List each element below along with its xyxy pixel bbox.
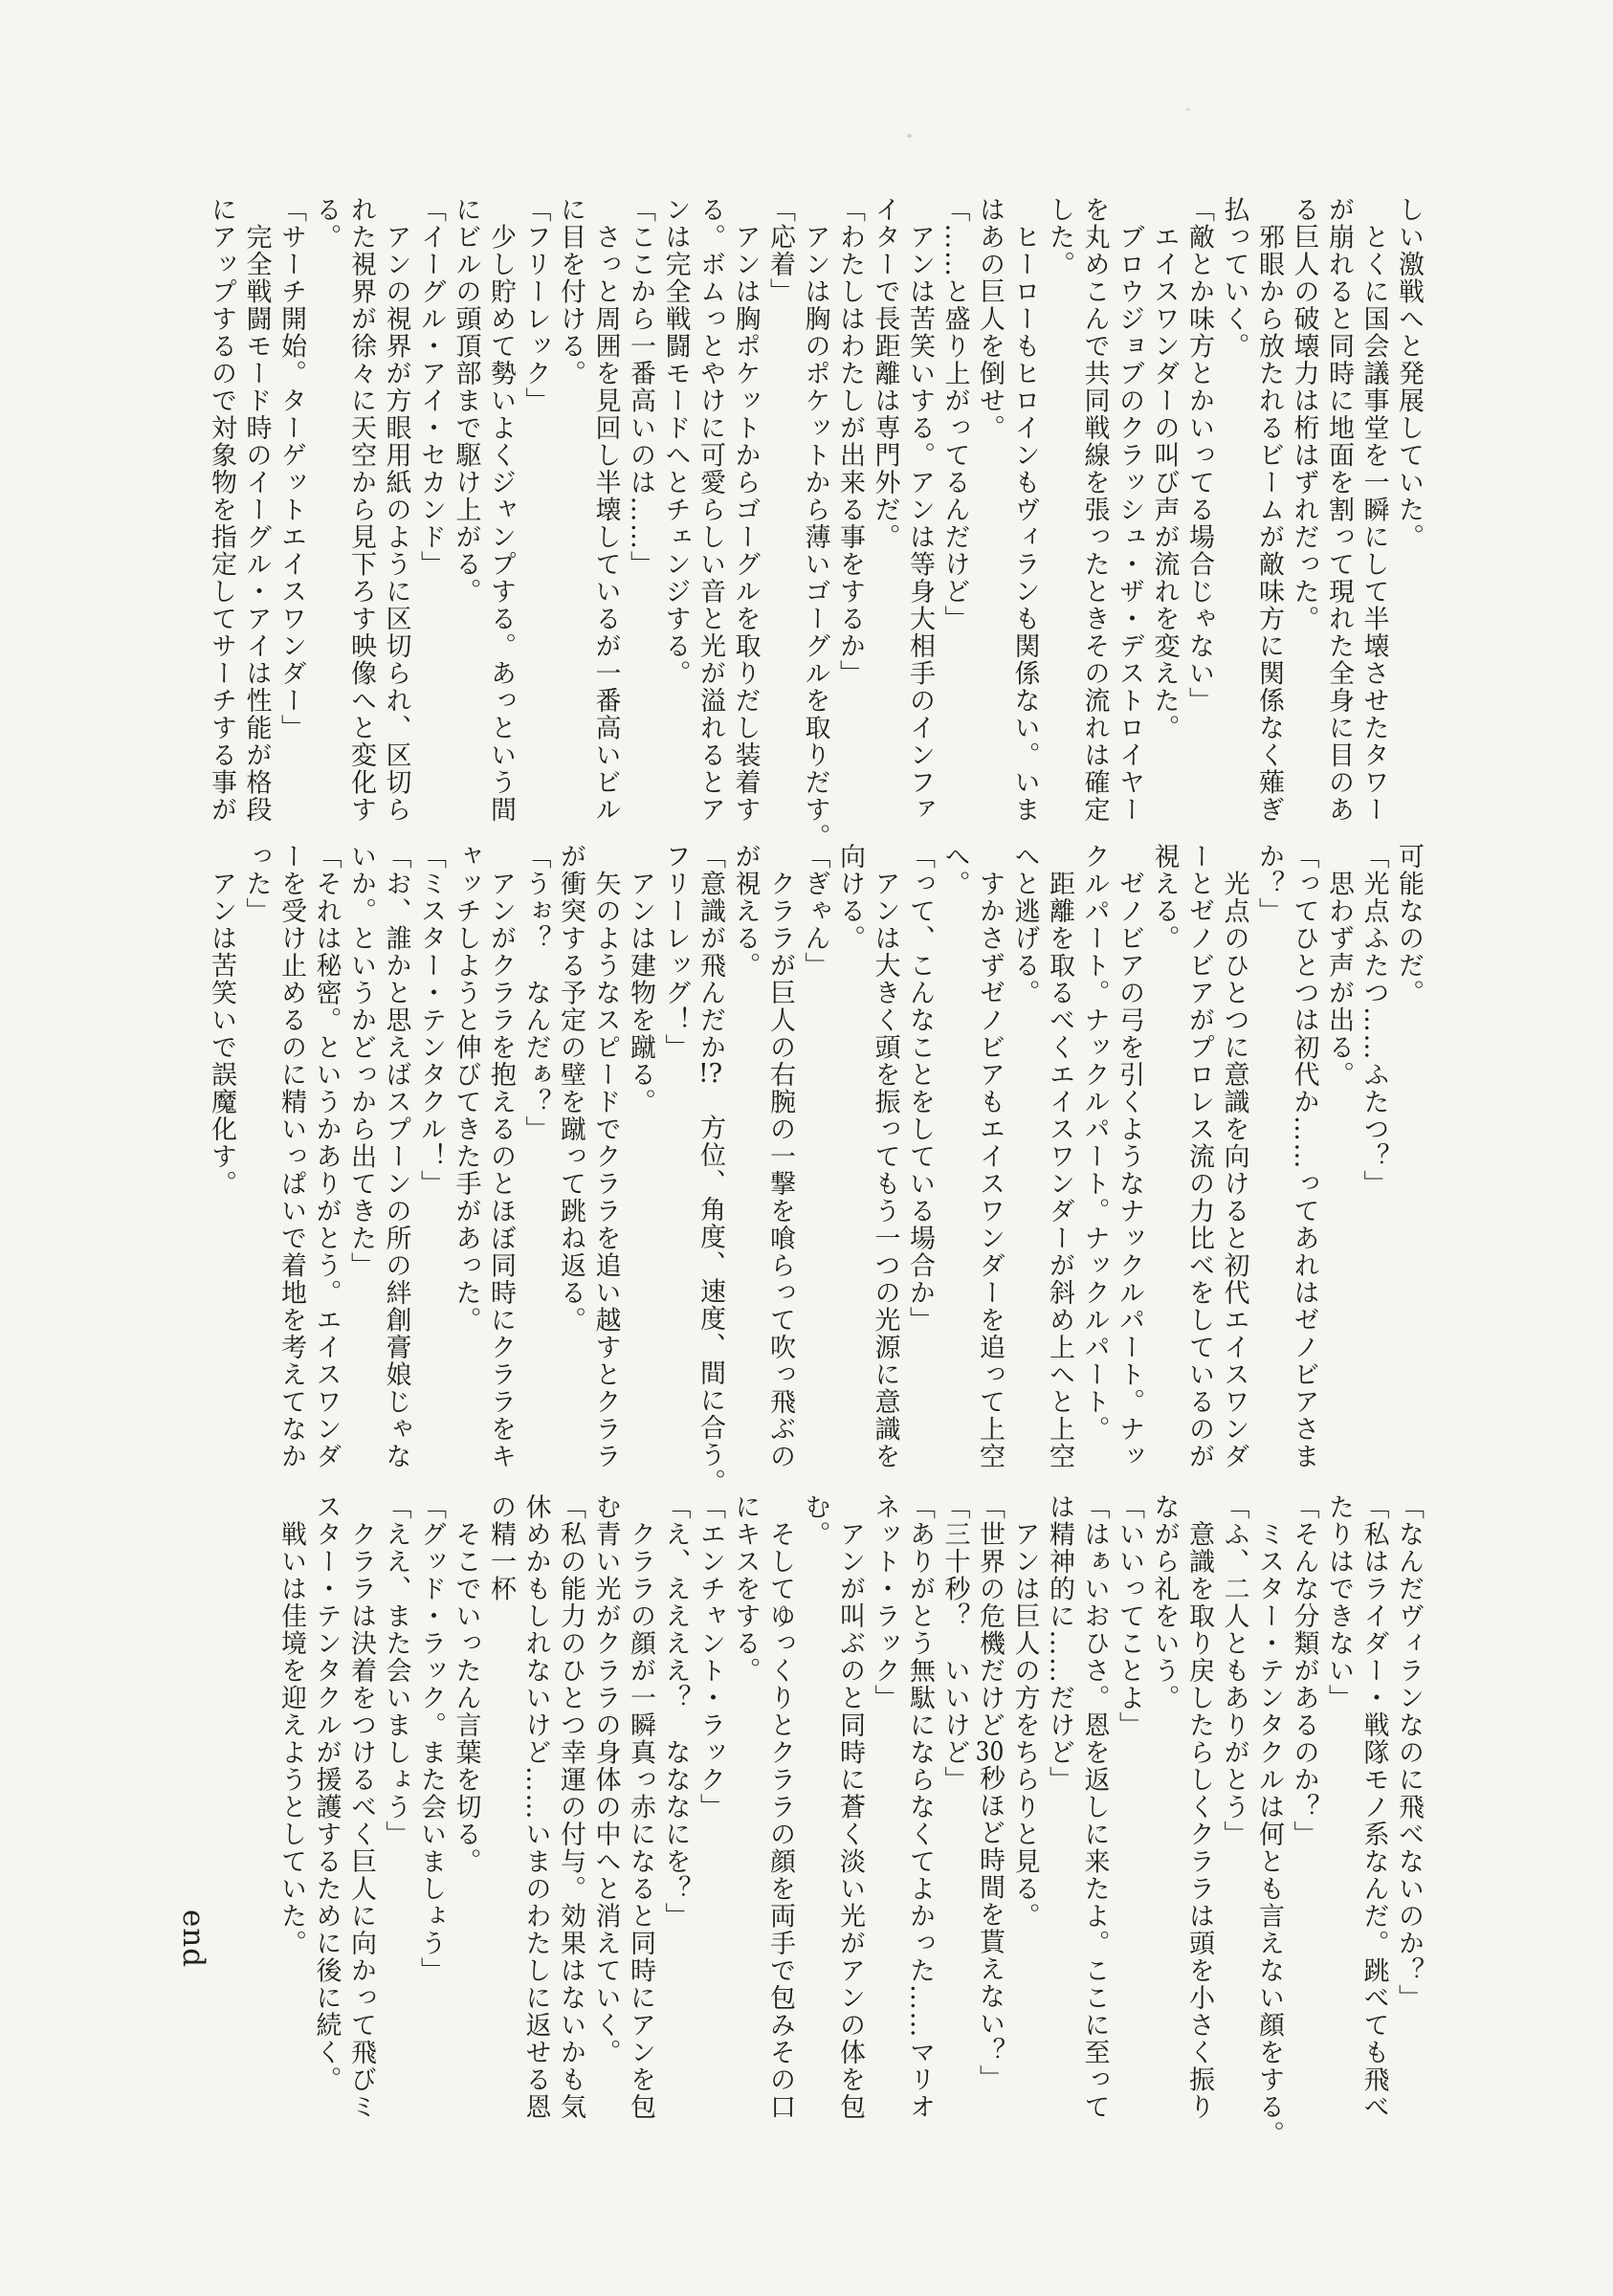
scanned-novel-page: しい激戦へと発展していた。 とくに国会議事堂を一瞬にして半壊させたタワーが崩れる…: [0, 0, 1613, 2296]
text-column: 「それは秘密。というかありがとう。エイスワンダ: [308, 843, 343, 1455]
text-column: を丸めこんで共同戦線を張ったときその流れは確定: [1076, 196, 1112, 808]
text-column: 「ってひとつは初代か……ってあれはゼノビアさま: [1286, 843, 1321, 1455]
text-column: ンは完全戦闘モードへとチェンジする。: [657, 196, 693, 808]
text-column: 「世界の危機だけど30秒ほど時間を貰えない？」: [972, 1493, 1007, 2106]
text-column: 「グッド・ラック。また会いましょう」: [413, 1493, 449, 2106]
text-band-middle: 可能なのだ。「光点ふたつ……ふたつ？」 思わず声が出る。「ってひとつは初代か………: [204, 843, 1426, 1455]
text-column: クララの顔が一瞬真っ赤になると同時にアンを包: [623, 1493, 658, 2106]
text-column: 「ふ、二人ともありがとう」: [1216, 1493, 1251, 2106]
text-column: 休めかもしれないけど……いまのわたしに返せる恩: [518, 1493, 553, 2106]
text-column: とくに国会議事堂を一瞬にして半壊させたタワー: [1356, 196, 1391, 808]
text-column: に目を付ける。: [553, 196, 588, 808]
text-column: さっと周囲を見回し半壊しているが一番高いビル: [587, 196, 623, 808]
text-column: アンの視界が方眼用紙のように区切られ、区切ら: [378, 196, 413, 808]
text-column: 「そんな分類があるのか？」: [1286, 1493, 1321, 2106]
text-column: アンがクララを抱えるのとほぼ同時にクララをキ: [483, 843, 519, 1455]
text-column: そしてゆっくりとクララの顔を両手で包みその口: [762, 1493, 798, 2106]
text-column: の精一杯: [483, 1493, 519, 2106]
text-column: ーとゼノビアがプロレス流の力比べをしているのが: [1182, 843, 1217, 1455]
text-column: ャッチしようと伸びてきた手があった。: [448, 843, 483, 1455]
text-column: が衝突する予定の壁を蹴って跳ね返る。: [553, 843, 588, 1455]
text-column: クルパート。ナックルパート。ナックルパート。: [1076, 843, 1112, 1455]
text-column: 「え、ええええ？ なななにを？」: [657, 1493, 693, 2106]
text-column: 「私の能力のひとつ幸運の付与。効果はないかも気: [553, 1493, 588, 2106]
text-column: 「私はライダー・戦隊モノ系なんだ。跳べても飛べ: [1356, 1493, 1391, 2106]
text-column: 「ありがとう無駄にならなくてよかった……マリオ: [902, 1493, 938, 2106]
text-column: 「光点ふたつ……ふたつ？」: [1356, 843, 1391, 1455]
text-column: 「イーグル・アイ・セカンド」: [413, 196, 449, 808]
text-column: 矢のようなスピードでクララを追い越すとクララ: [587, 843, 623, 1455]
text-column: エイスワンダーの叫び声が流れを変えた。: [1146, 196, 1182, 808]
text-column: む。: [797, 1493, 832, 2106]
end-marker: end: [176, 1910, 210, 1996]
text-column: 思わず声が出る。: [1321, 843, 1357, 1455]
text-column: ゼノビアの弓を引くようなナックルパート。ナッ: [1112, 843, 1147, 1455]
text-column: れた視界が徐々に天空から見下ろす映像へと変化す: [343, 196, 379, 808]
text-column: 「はぁいおひさ。恩を返しに来たよ。ここに至って: [1076, 1493, 1112, 2106]
text-column: にビルの頭頂部まで駆け上がる。: [448, 196, 483, 808]
text-column: した。: [1042, 196, 1077, 808]
text-column: アンは大きく頭を振ってもう一つの光源に意識を: [867, 843, 902, 1455]
text-column: 「応着」: [762, 196, 798, 808]
text-column: 「三十秒？ いいけど」: [937, 1493, 972, 2106]
text-column: 少し貯めて勢いよくジャンプする。あっという間: [483, 196, 519, 808]
text-column: クララが巨人の右腕の一撃を喰らって吹っ飛ぶの: [762, 843, 798, 1455]
text-column: が崩れると同時に地面を割って現れた全身に目のあ: [1321, 196, 1357, 808]
text-column: 戦いは佳境を迎えようとしていた。: [274, 1493, 309, 2106]
text-column: む青い光がクララの身体の中へと消えていく。: [587, 1493, 623, 2106]
text-column: しい激戦へと発展していた。: [1391, 196, 1426, 808]
text-column: にアップするので対象物を指定してサーチする事が: [204, 196, 239, 808]
text-column: 「敵とか味方とかいってる場合じゃない」: [1182, 196, 1217, 808]
text-column: 光点のひとつに意識を向けると初代エイスワンダ: [1216, 843, 1251, 1455]
text-column: フリーレッグ！」: [657, 843, 693, 1455]
text-column: はあの巨人を倒せ。: [972, 196, 1007, 808]
text-column: 「わたしはわたしが出来る事をするか」: [832, 196, 868, 808]
text-column: か？」: [1251, 843, 1287, 1455]
text-column: へと逃げる。: [1006, 843, 1042, 1455]
text-column: にキスをする。: [727, 1493, 762, 2106]
text-column: すかさずゼノビアもエイスワンダーを追って上空: [972, 843, 1007, 1455]
text-column: 「お、誰かと思えばスプーンの所の絆創膏娘じゃな: [378, 843, 413, 1455]
text-column: 可能なのだ。: [1391, 843, 1426, 1455]
text-column: アンが叫ぶのと同時に蒼く淡い光がアンの体を包: [832, 1493, 868, 2106]
text-column: アンは苦笑いする。アンは等身大相手のインファ: [902, 196, 938, 808]
text-column: ミスター・テンタクルは何とも言えない顔をする。: [1251, 1493, 1287, 2106]
text-column: る巨人の破壊力は桁はずれだった。: [1286, 196, 1321, 808]
text-column: 距離を取るべくエイスワンダーが斜め上へと上空: [1042, 843, 1077, 1455]
text-column: は精神的に……だけど」: [1042, 1493, 1077, 2106]
text-column: 「……と盛り上がってるんだけど」: [937, 196, 972, 808]
text-column: 「ミスター・テンタクル！」: [413, 843, 449, 1455]
text-column: ネット・ラック」: [867, 1493, 902, 2106]
text-column: いか。というかどっから出てきた」: [343, 843, 379, 1455]
text-column: アンは胸のポケットから薄いゴーグルを取りだす。: [797, 196, 832, 808]
text-column: ながら礼をいう。: [1146, 1493, 1182, 2106]
text-column: った」: [238, 843, 274, 1455]
text-column: ブロウジョブのクラッシュ・ザ・デストロイヤー: [1112, 196, 1147, 808]
text-column: 「ええ、また会いましょう」: [378, 1493, 413, 2106]
scan-speck: [907, 134, 912, 138]
text-column: が視える。: [727, 843, 762, 1455]
text-column: 視える。: [1146, 843, 1182, 1455]
text-column: スター・テンタクルが援護するために後に続く。: [308, 1493, 343, 2106]
text-column: そこでいったん言葉を切る。: [448, 1493, 483, 2106]
text-column: 「ぎゃん」: [797, 843, 832, 1455]
text-column: 「って、こんなことをしている場合か」: [902, 843, 938, 1455]
text-column: 「ここから一番高いのは……」: [623, 196, 658, 808]
text-column: 「いいってことよ」: [1112, 1493, 1147, 2106]
text-column: 払っていく。: [1216, 196, 1251, 808]
text-column: る。: [308, 196, 343, 808]
text-column: アンは建物を蹴る。: [623, 843, 658, 1455]
text-column: アンは胸ポケットからゴーグルを取りだし装着す: [727, 196, 762, 808]
text-column: 「なんだヴィランなのに飛べないのか？」: [1391, 1493, 1426, 2106]
text-column: 向ける。: [832, 843, 868, 1455]
text-column: クララは決着をつけるべく巨人に向かって飛びミ: [343, 1493, 379, 2106]
text-band-bottom: 「なんだヴィランなのに飛べないのか？」「私はライダー・戦隊モノ系なんだ。跳べても…: [274, 1493, 1426, 2106]
text-column: アンは巨人の方をちらりと見る。: [1006, 1493, 1042, 2106]
text-column: 「フリーレック」: [518, 196, 553, 808]
text-column: ーを受け止めるのに精いっぱいで着地を考えてなか: [274, 843, 309, 1455]
text-column: 「意識が飛んだか!? 方位、角度、速度、間に合う。: [693, 843, 728, 1455]
scan-speck: [1186, 108, 1190, 111]
text-column: ヒーローもヒロインもヴィランも関係ない。いま: [1006, 196, 1042, 808]
text-band-top: しい激戦へと発展していた。 とくに国会議事堂を一瞬にして半壊させたタワーが崩れる…: [204, 196, 1426, 808]
text-column: 完全戦闘モード時のイーグル・アイは性能が格段: [238, 196, 274, 808]
text-column: 「うぉ？ なんだぁ？」: [518, 843, 553, 1455]
text-column: 「サーチ開始。ターゲットエイスワンダー」: [274, 196, 309, 808]
text-column: 意識を取り戻したらしくクララは頭を小さく振り: [1182, 1493, 1217, 2106]
text-column: たりはできない」: [1321, 1493, 1357, 2106]
text-column: イターで長距離は専門外だ。: [867, 196, 902, 808]
text-column: 邪眼から放たれるビームが敵味方に関係なく薙ぎ: [1251, 196, 1287, 808]
text-column: アンは苦笑いで誤魔化す。: [204, 843, 239, 1455]
text-column: へ。: [937, 843, 972, 1455]
text-column: る。ボムっとやけに可愛らしい音と光が溢れるとア: [693, 196, 728, 808]
text-column: 「エンチャント・ラック」: [693, 1493, 728, 2106]
